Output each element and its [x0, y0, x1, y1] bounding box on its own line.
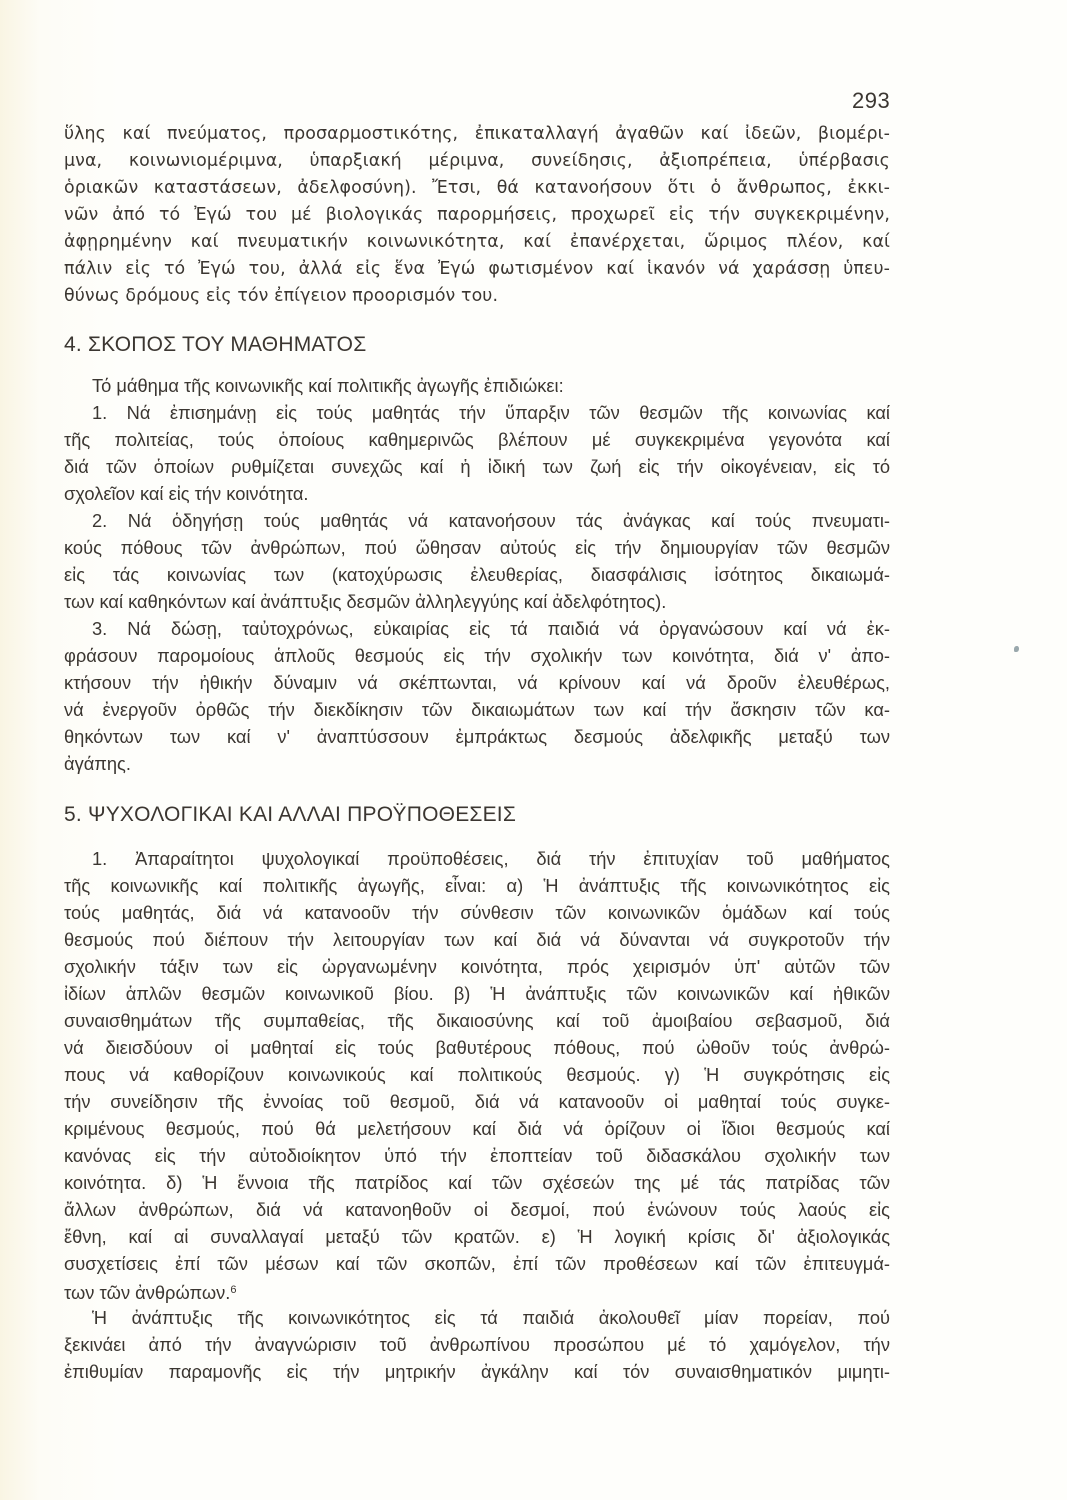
text-line: ξεκινάει ἀπό τήν ἀναγνώρισιν τοῦ ἀνθρωπί…: [64, 1331, 890, 1358]
paper-speck: [1014, 646, 1019, 652]
section-5-paragraph-2: Ἡ ἀνάπτυξις τῆς κοινωνικότητος εἰς τά πα…: [64, 1304, 890, 1385]
text-line: των τῶν ἀνθρώπων.6: [64, 1277, 890, 1304]
text-line: συσχετίσεις ἐπί τῶν μέσων καί τῶν σκοπῶν…: [64, 1250, 890, 1277]
text-line: θεσμούς πού διέπουν τήν λειτουργίαν των …: [64, 926, 890, 953]
text-line: νά ἐνεργοῦν ὀρθῶς τήν διεκδίκησιν τῶν δι…: [64, 696, 890, 723]
text-line: φράσουν παρομοίους ἁπλοῦς θεσμούς εἰς τή…: [64, 642, 890, 669]
text-line: των καί καθηκόντων καί ἀνάπτυξις δεσμῶν …: [64, 588, 890, 615]
text-line: τῆς πολιτείας, τούς ὁποίους καθημερινῶς …: [64, 426, 890, 453]
text-line: εἰς τάς κοινωνίας των (κατοχύρωσις ἐλευθ…: [64, 561, 890, 588]
footnote-reference[interactable]: 6: [230, 1284, 236, 1296]
text-line: ἰδίων ἁπλῶν θεσμῶν κοινωνικοῦ βίου. β) Ἡ…: [64, 980, 890, 1007]
section-4-intro: Τό μάθημα τῆς κοινωνικῆς καί πολιτικῆς ἀ…: [64, 372, 890, 399]
text-line: σχολεῖον καί εἰς τήν κοινότητα.: [64, 480, 890, 507]
text-line: ἀγάπης.: [64, 750, 890, 777]
text-line: μνα, κοινωνιομέριμνα, ὑπαρξιακή μέριμνα,…: [64, 148, 890, 175]
text-line: 3. Νά δώσῃ, ταὐτοχρόνως, εὐκαιρίας εἰς τ…: [64, 615, 890, 642]
text-line: κοινότητα. δ) Ἡ ἔννοια τῆς πατρίδος καί …: [64, 1169, 890, 1196]
text-line: νά διεισδύουν οἱ μαθηταί εἰς τούς βαθυτέ…: [64, 1034, 890, 1061]
text-line: κτήσουν τήν ἠθικήν δύναμιν νά σκέπτωνται…: [64, 669, 890, 696]
section-5-paragraph-1: 1. Ἀπαραίτητοι ψυχολογικαί προϋποθέσεις,…: [64, 845, 890, 1304]
intro-paragraph: ὕλης καί πνεύματος, προσαρμοστικότης, ἐπ…: [64, 121, 890, 310]
book-page: 293 ὕλης καί πνεύματος, προσαρμοστικότης…: [0, 0, 1067, 1500]
text-line: ὕλης καί πνεύματος, προσαρμοστικότης, ἐπ…: [64, 121, 890, 148]
text-line: ὁριακῶν καταστάσεων, ἀδελφοσύνη). Ἔτσι, …: [64, 175, 890, 202]
text-line-content: των τῶν ἀνθρώπων.: [64, 1282, 230, 1303]
text-line: τήν συνείδησιν τῆς ἐννοίας τοῦ θεσμοῦ, δ…: [64, 1088, 890, 1115]
section-4-item-1: 1. Νά ἐπισημάνῃ εἰς τούς μαθητάς τήν ὕπα…: [64, 399, 890, 507]
text-line: πους νά καθορίζουν κοινωνικούς καί πολιτ…: [64, 1061, 890, 1088]
text-line: 1. Νά ἐπισημάνῃ εἰς τούς μαθητάς τήν ὕπα…: [64, 399, 890, 426]
text-line: πάλιν εἰς τό Ἐγώ του, ἀλλά εἰς ἕνα Ἐγώ φ…: [64, 256, 890, 283]
text-line: διά τῶν ὁποίων ρυθμίζεται συνεχῶς καί ἡ …: [64, 453, 890, 480]
text-line: κριμένους θεσμούς, πού θά μελετήσουν καί…: [64, 1115, 890, 1142]
section-4-item-3: 3. Νά δώσῃ, ταὐτοχρόνως, εὐκαιρίας εἰς τ…: [64, 615, 890, 777]
section-4-heading: 4. ΣΚΟΠΟΣ ΤΟΥ ΜΑΘΗΜΑΤΟΣ: [64, 333, 366, 357]
text-line: σχολικήν τάξιν των εἰς ὠργανωμένην κοινό…: [64, 953, 890, 980]
text-line: κανόνας εἰς τήν αὐτοδιοίκητον ὑπό τήν ἐπ…: [64, 1142, 890, 1169]
text-line: τούς μαθητάς, διά νά κατανοοῦν τήν σύνθε…: [64, 899, 890, 926]
section-5-body: 1. Ἀπαραίτητοι ψυχολογικαί προϋποθέσεις,…: [64, 845, 890, 1385]
text-line: Ἡ ἀνάπτυξις τῆς κοινωνικότητος εἰς τά πα…: [64, 1304, 890, 1331]
section-5-heading: 5. ΨΥΧΟΛΟΓΙΚΑΙ ΚΑΙ ΑΛΛΑΙ ΠΡΟΫΠΟΘΕΣΕΙΣ: [64, 803, 516, 827]
section-4-body: Τό μάθημα τῆς κοινωνικῆς καί πολιτικῆς ἀ…: [64, 372, 890, 777]
text-line: κούς πόθους τῶν ἀνθρώπων, πού ὤθησαν αὐτ…: [64, 534, 890, 561]
text-line: 2. Νά ὁδηγήσῃ τούς μαθητάς νά κατανοήσου…: [64, 507, 890, 534]
section-4-item-2: 2. Νά ὁδηγήσῃ τούς μαθητάς νά κατανοήσου…: [64, 507, 890, 615]
text-line: 1. Ἀπαραίτητοι ψυχολογικαί προϋποθέσεις,…: [64, 845, 890, 872]
text-line: θύνως δρόμους εἰς τόν ἐπίγειον προορισμό…: [64, 283, 890, 310]
page-number: 293: [852, 88, 890, 114]
text-line: ἀφῃρημένην καί πνευματικήν κοινωνικότητα…: [64, 229, 890, 256]
text-line: συναισθημάτων τῆς συμπαθείας, τῆς δικαιο…: [64, 1007, 890, 1034]
text-line: θηκόντων των καί ν' ἀναπτύσσουν ἐμπράκτω…: [64, 723, 890, 750]
text-line: ἔθνη, καί αἱ συναλλαγαί μεταξύ τῶν κρατῶ…: [64, 1223, 890, 1250]
text-line: ἄλλων ἀνθρώπων, διά νά κατανοηθοῦν οἱ δε…: [64, 1196, 890, 1223]
text-line: τῆς κοινωνικῆς καί πολιτικῆς ἀγωγῆς, εἶν…: [64, 872, 890, 899]
text-line: ἐπιθυμίαν παραμονῆς εἰς τήν μητρικήν ἀγκ…: [64, 1358, 890, 1385]
text-line: νῶν ἀπό τό Ἐγώ του μέ βιολογικάς παρορμή…: [64, 202, 890, 229]
